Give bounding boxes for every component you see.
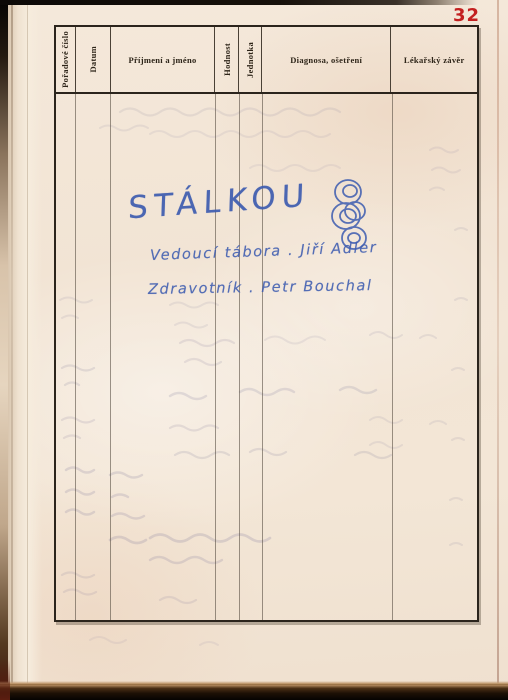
- page-fold-line: [11, 0, 13, 700]
- header-label: Pořadové číslo: [60, 31, 70, 88]
- header-diagnosa-osetreni: Diagnosa, ošetření: [262, 27, 391, 92]
- page-right-edge: [497, 0, 499, 700]
- page-number: 32: [453, 5, 480, 26]
- scanned-logbook-page: 32 Poř: [0, 0, 508, 700]
- header-label: Hodnost: [222, 43, 232, 76]
- scan-bottom-edge: [0, 685, 508, 700]
- header-prijmeni-a-jmeno: Příjmení a jméno: [111, 27, 216, 92]
- book-spine-edge: [0, 0, 8, 700]
- scan-top-edge: [0, 0, 508, 5]
- column-rule: [262, 94, 263, 620]
- header-hodnost: Hodnost: [215, 27, 239, 92]
- header-label: Datum: [88, 46, 98, 73]
- header-label: Jednotka: [245, 42, 255, 78]
- header-datum: Datum: [76, 27, 111, 92]
- header-label: Příjmení a jméno: [128, 55, 196, 65]
- column-rule: [239, 94, 240, 620]
- table-header-row: Pořadové číslo Datum Příjmení a jméno Ho…: [56, 27, 477, 94]
- bottom-left-corner: [0, 660, 10, 700]
- column-rule: [75, 94, 76, 620]
- book-spine-pages: [8, 0, 42, 700]
- header-poradove-cislo: Pořadové číslo: [56, 27, 76, 92]
- header-lekarsky-zaver: Lékařský závěr: [391, 27, 477, 92]
- column-rule: [392, 94, 393, 620]
- header-label: Lékařský závěr: [404, 55, 465, 65]
- column-rule: [215, 94, 216, 620]
- page-fold-line: [27, 0, 28, 700]
- header-jednotka: Jednotka: [239, 27, 262, 92]
- ledger-table: Pořadové číslo Datum Příjmení a jméno Ho…: [54, 25, 479, 622]
- column-rule: [110, 94, 111, 620]
- header-label: Diagnosa, ošetření: [290, 55, 362, 65]
